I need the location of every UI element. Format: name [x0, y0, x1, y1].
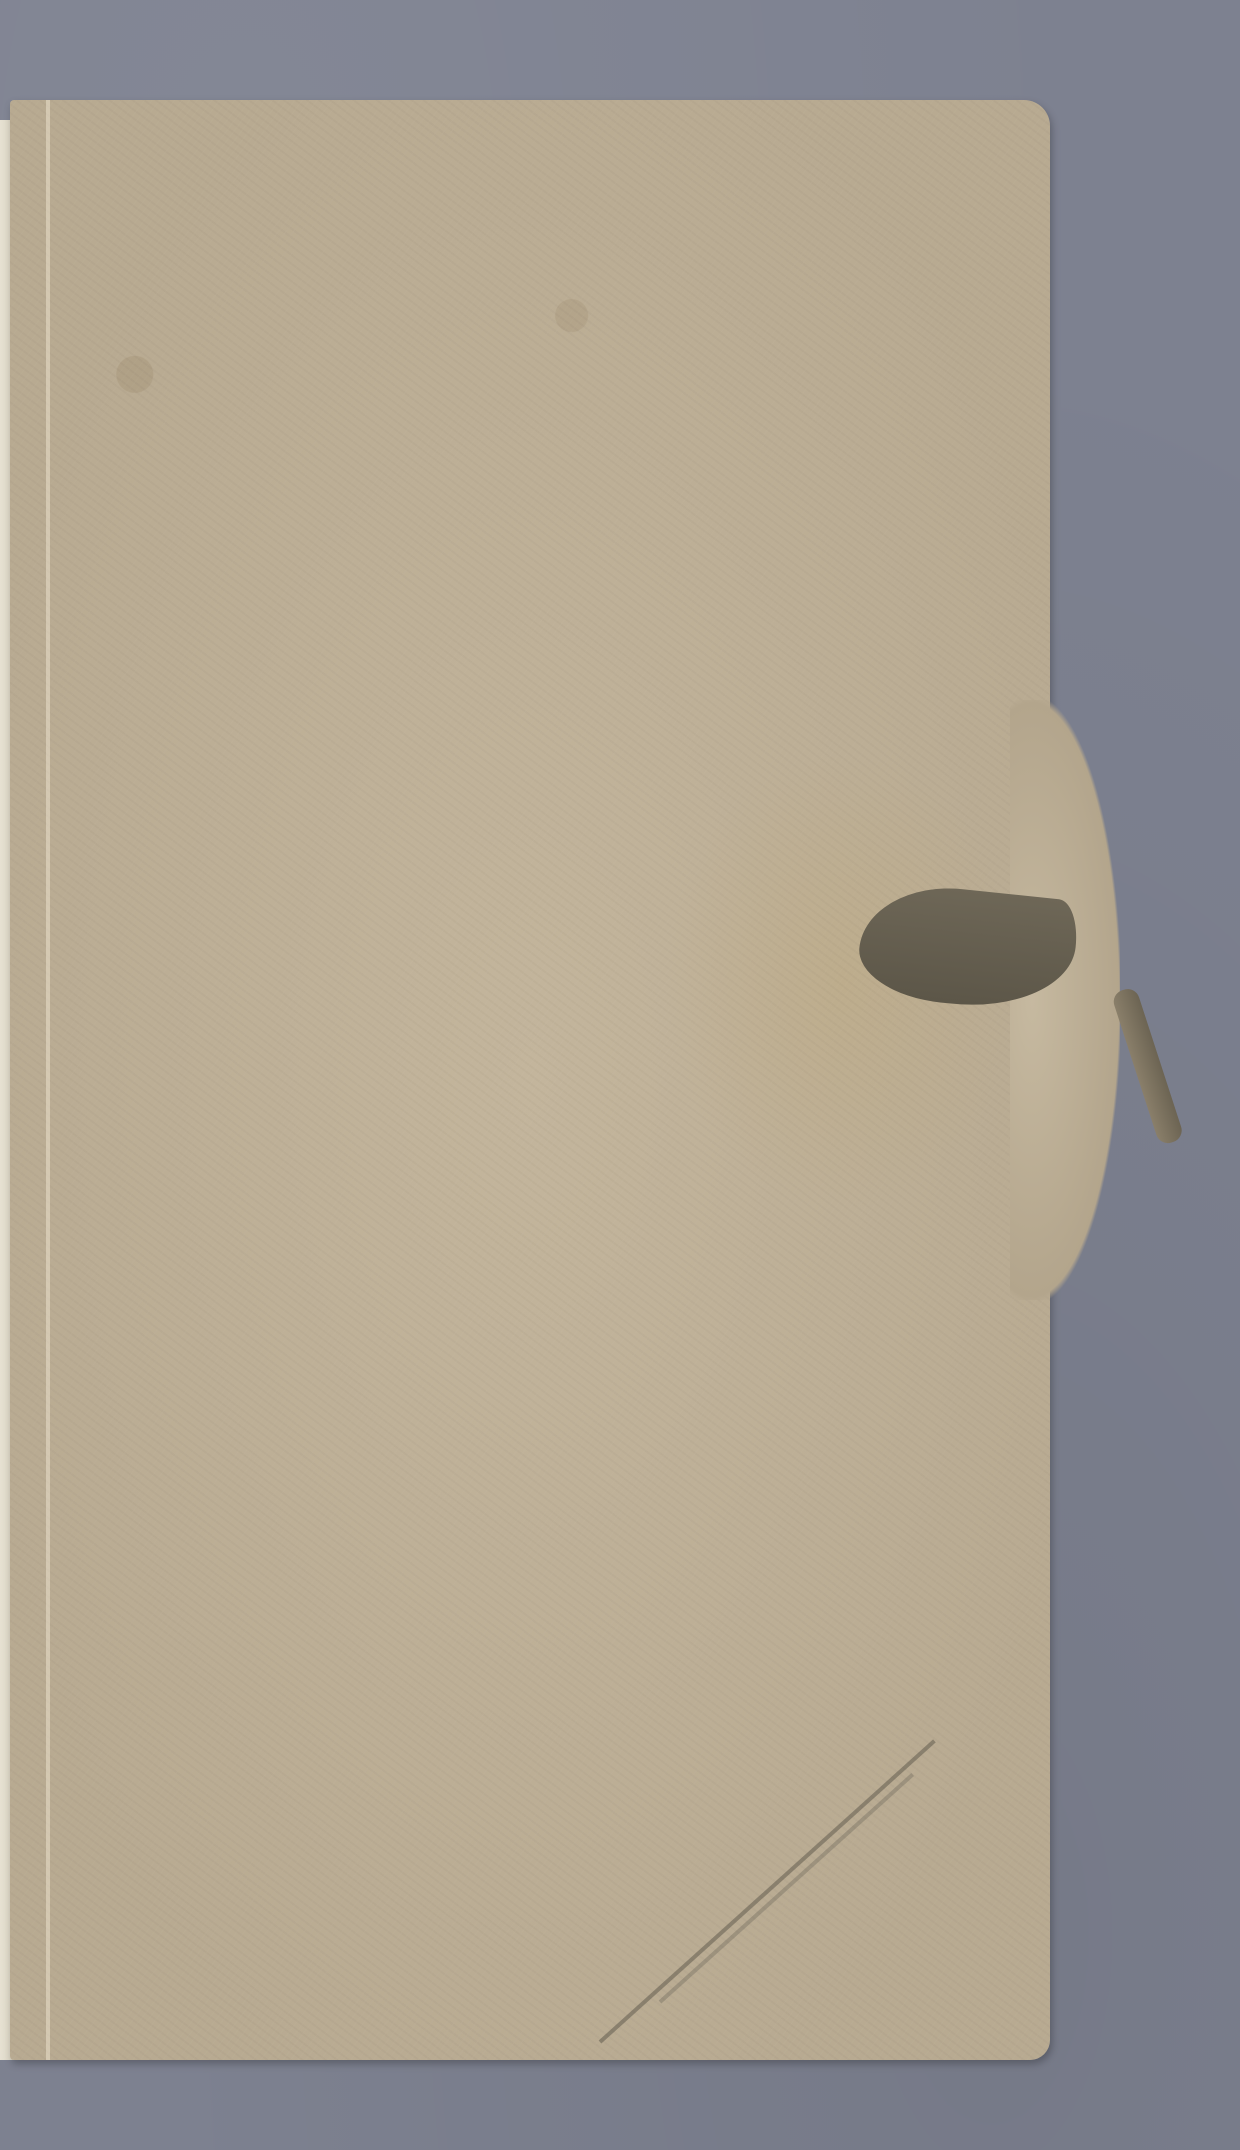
spine-fold [46, 100, 50, 2060]
book-cover [10, 100, 1050, 2060]
cover-fore-edge-bulge [1010, 700, 1120, 1300]
